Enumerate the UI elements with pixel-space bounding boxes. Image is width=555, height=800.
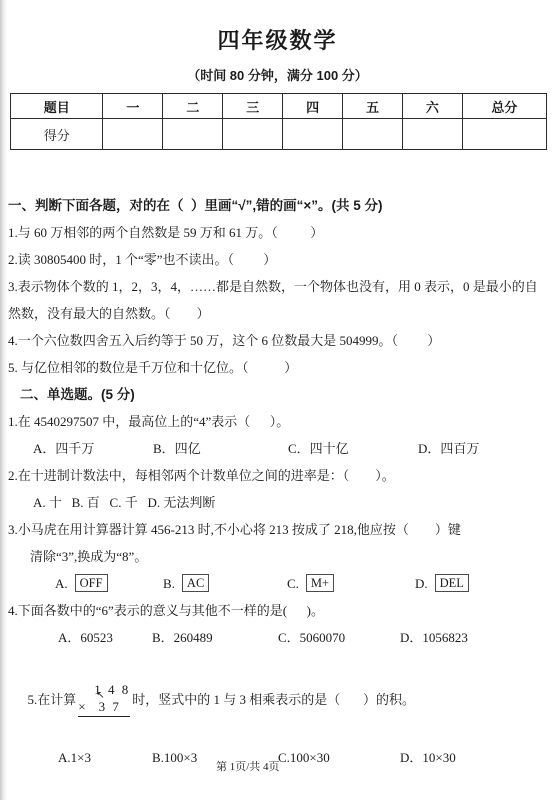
score-cell-empty bbox=[223, 119, 283, 150]
score-row-label: 得分 bbox=[11, 119, 103, 150]
s2-q1-options-row: A．四千万 B．四亿 C．四十亿 D．四百万 bbox=[8, 435, 547, 462]
option-a: A．四千万 bbox=[33, 435, 94, 462]
calculator-key-del: DEL bbox=[435, 574, 469, 592]
exam-page: 四年级数学 （时间 80 分钟，满分 100 分） 题目 一 二 三 四 五 六… bbox=[0, 0, 555, 800]
score-table-header-row: 题目 一 二 三 四 五 六 总分 bbox=[11, 94, 547, 119]
option-c: C.M+ bbox=[287, 570, 334, 597]
q5-text-before: 5.在计算 bbox=[28, 692, 77, 707]
score-cell-empty bbox=[283, 119, 343, 150]
calculator-key-off: OFF bbox=[75, 574, 108, 592]
option-b: B．四亿 bbox=[153, 435, 201, 462]
option-c: C．5060070 bbox=[278, 624, 345, 651]
score-cell-empty bbox=[402, 119, 462, 150]
s2-question-5: 5.在计算1 4 8↖×3 7时，竖式中的 1 与 3 相乘表示的是（ ）的积。 bbox=[8, 655, 547, 744]
multiplier: 3 7 bbox=[99, 699, 121, 714]
score-header-6: 六 bbox=[402, 94, 462, 119]
s2-question-4: 4.下面各数中的“6”表示的意义与其他不一样的是( )。 bbox=[8, 597, 547, 624]
s2-question-3-line2: 清除“3”,换成为“8”。 bbox=[8, 543, 547, 570]
score-header-4: 四 bbox=[283, 94, 343, 119]
score-cell-empty bbox=[103, 119, 163, 150]
score-header-1: 一 bbox=[103, 94, 163, 119]
section1-heading: 一、判断下面各题，对的在（ ）里画“√”,错的画“×”。(共 5 分) bbox=[8, 192, 547, 219]
option-d: D．四百万 bbox=[418, 435, 479, 462]
s1-question-4: 4.一个六位数四舍五入后约等于 50 万，这个 6 位数最大是 504999。（… bbox=[8, 327, 547, 354]
score-table: 题目 一 二 三 四 五 六 总分 得分 bbox=[10, 93, 547, 150]
s2-question-3-line1: 3.小马虎在用计算器计算 456-213 时,不小心将 213 按成了 218,… bbox=[8, 516, 547, 543]
q5-text-after: 时，竖式中的 1 与 3 相乘表示的是（ ）的积。 bbox=[132, 692, 415, 707]
s1-question-3: 3.表示物体个数的 1，2，3，4，……都是自然数，一个物体也没有，用 0 表示… bbox=[8, 273, 547, 327]
times-sign: × bbox=[78, 699, 85, 714]
option-d: D．1056823 bbox=[400, 624, 468, 651]
option-b: B．260489 bbox=[152, 624, 213, 651]
s2-q2-options-row: A. 十 B. 百 C. 千 D. 无法判断 bbox=[8, 489, 547, 516]
score-cell-empty bbox=[163, 119, 223, 150]
s2-question-1: 1.在 4540297507 中，最高位上的“4”表示（ ）。 bbox=[8, 408, 547, 435]
calculator-key-mplus: M+ bbox=[306, 574, 334, 592]
option-a: A.1×3 bbox=[58, 744, 91, 771]
s1-question-5: 5. 与亿位相邻的数位是千万位和十亿位。（ ） bbox=[8, 354, 547, 381]
option-label: A. bbox=[55, 576, 68, 591]
score-header-5: 五 bbox=[343, 94, 403, 119]
option-label: C. bbox=[287, 576, 299, 591]
exam-body: 一、判断下面各题，对的在（ ）里画“√”,错的画“×”。(共 5 分) 1.与 … bbox=[0, 192, 555, 771]
score-cell-empty bbox=[462, 119, 546, 150]
s2-q4-options-row: A．60523 B．260489 C．5060070 D．1056823 bbox=[8, 624, 547, 651]
score-header-timu: 题目 bbox=[11, 94, 103, 119]
score-cell-empty bbox=[343, 119, 403, 150]
score-header-2: 二 bbox=[163, 94, 223, 119]
option-a: A．60523 bbox=[58, 624, 113, 651]
score-table-value-row: 得分 bbox=[11, 119, 547, 150]
page-subtitle: （时间 80 分钟，满分 100 分） bbox=[0, 65, 555, 84]
option-a: A.OFF bbox=[55, 570, 108, 597]
option-c: C．四十亿 bbox=[288, 435, 349, 462]
option-b: B.AC bbox=[163, 570, 209, 597]
calculator-key-ac: AC bbox=[182, 574, 209, 592]
page-scan-edge bbox=[0, 0, 7, 800]
multiplication-figure: 1 4 8↖×3 7 bbox=[78, 682, 130, 717]
score-header-total: 总分 bbox=[462, 94, 546, 119]
page-number: 第 1页/共 4页 bbox=[216, 758, 280, 774]
s2-q3-options-row: A.OFF B.AC C.M+ D.DEL bbox=[8, 570, 547, 597]
option-label: D. bbox=[415, 576, 428, 591]
s1-question-2: 2.读 30805400 时，1 个“零”也不读出。（ ） bbox=[8, 246, 547, 273]
s2-question-2: 2.在十进制计数法中，每相邻两个计数单位之间的进率是：（ ）。 bbox=[8, 462, 547, 489]
option-d: D.DEL bbox=[415, 570, 469, 597]
option-label: B. bbox=[163, 576, 175, 591]
arrow-icon: ↖ bbox=[96, 691, 104, 701]
option-b: B.100×3 bbox=[152, 744, 197, 771]
page-title: 四年级数学 bbox=[0, 24, 555, 55]
section2-heading: 二、单选题。(5 分) bbox=[8, 381, 547, 408]
score-header-3: 三 bbox=[223, 94, 283, 119]
option-d: D．10×30 bbox=[400, 744, 456, 771]
option-c: C.100×30 bbox=[278, 744, 330, 771]
s1-question-1: 1.与 60 万相邻的两个自然数是 59 万和 61 万。（ ） bbox=[8, 219, 547, 246]
